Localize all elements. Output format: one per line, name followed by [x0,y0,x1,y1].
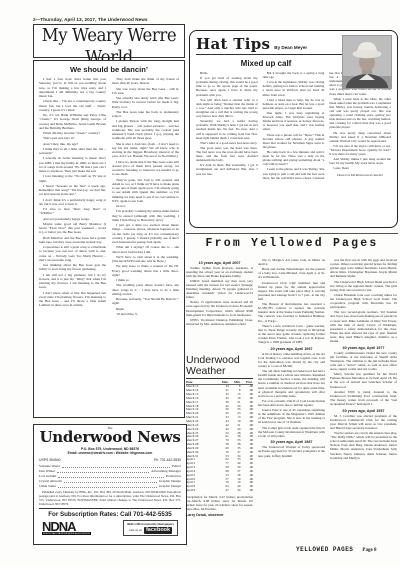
weary-paragraph: Copacabana is still a great song to roll… [39,245,106,262]
yellowed-column-1: 10 years ago, April 2007Toshiro Spiller … [186,258,253,544]
hat-tips-paragraph: Hello, [196,71,258,75]
hat-tips-paragraph: The good news was the head was there. Th… [196,146,258,162]
yellowed-paragraph: Chuck Flessman took over coaching duties… [330,293,397,309]
yellowed-paragraph: A bit of history came tumbling down, as … [258,352,325,368]
yellowed-paragraph: M. J. Lavellen was elected president of … [330,414,397,430]
hat-tips-paragraph: He was pretty dang concerned about Shirl… [329,131,391,143]
yellowed-paragraph: The Underwood Women of Today sponsored a… [258,445,325,457]
weary-paragraph: I actually do better listening to music … [39,156,106,173]
bhg-label: BHG’s ND Community Newspapers [127,522,174,526]
yellowed-paragraph: 60 years ago, April 1957 [330,409,397,413]
weary-paragraph: When did they become “classic” country? [39,131,106,135]
weary-paragraph: I had a four hour drive home this past S… [39,77,106,98]
hat-tips-paragraph: And Shirley thinks I just hang around th… [329,157,391,165]
masthead-box: The Underwood News P.O. Box 575, Underwo… [33,424,187,545]
weary-world-masthead: My Weary Werre World By Suzanne Werre, E… [33,24,185,58]
masthead-name: Underwood News [39,430,181,445]
yellowed-paragraph: The Comet girls track team captured the … [258,426,325,438]
yellowed-paragraph: The two second-grade teachers, Val Seama… [330,310,397,343]
staff-role: Graphic Design [159,484,181,489]
yellowed-paragraph: There’s a new warden in town – game ward… [258,324,325,345]
hat-tips-byline: By Dean Meyer [274,45,307,50]
hat-tips-paragraph: One night, I was busy legislating at Pea… [263,111,325,132]
hat-tips-paragraph: If you get tired of reading about my pro… [196,76,258,97]
weary-paragraph: She was crazy about the Bee Gees – still… [112,87,179,96]
weather-table: DateMax.Min.Prec.March 13348.00March 142… [186,381,253,493]
weather-title: Underwood Weather [186,355,253,379]
dot-leader [57,472,149,473]
weary-paragraph: I heard “Seasons in the Sun” a week ago.… [39,184,106,197]
weary-paragraph: Just thinking about the Bee Gees gets me… [39,263,106,272]
staff-name: Jamie Saller [39,484,56,489]
hat-tips-headline: Mixed up calf [196,59,336,68]
yellowed-paragraph: Toshiro Spiller from Rostock, Germany, i… [186,266,253,278]
dot-leader [58,487,157,488]
subscription-line: For Subscription Rates: Call 701-442-553… [39,508,181,518]
hat-tips-article: Hat Tips By Dean Meyer Mixed up calf Hel… [189,30,398,228]
hat-tips-paragraph: Dean is a Dickinson area rancher [329,173,391,177]
weary-paragraph: I’d love to hear “Run, Joey, Run” or “Wi… [39,207,106,216]
weary-paragraph: Both Manilow and the Bee Gees have gotte… [39,236,106,245]
hat-tips-header: Hat Tips By Dean Meyer [196,35,342,55]
dot-leader [58,477,163,478]
yellowed-column-2: trip to Margie’s Art Glass Cafe in Minot… [258,258,325,544]
weather-cell: 47 [216,489,229,493]
weary-paragraph: ’til next time, S. [112,312,179,316]
weary-paragraph: They both make me think of my friend of … [112,77,179,86]
weary-paragraph: I picture Sharon with her long, straight… [112,119,179,140]
weary-paragraph: The Bee Gees take me back to elementary … [112,110,179,119]
like-us-label: Like us on [129,528,142,532]
weary-paragraph: What am I saying? Of course she is – she… [112,245,179,254]
weather-observer: Larry Dziuk, observer [186,513,253,517]
weary-paragraph: Right. [112,307,179,311]
continued-page-ref: Page 8 [362,548,376,553]
weather-box: Underwood Weather DateMax.Min.Prec.March… [186,355,253,517]
masthead-usps: USPS 454540 [39,458,61,462]
yellowed-paragraph: UHS’s Vocational Desktop Publishing Clas… [186,318,253,326]
continued-slug: YELLOWED PAGES Page 8 [296,546,376,553]
hat-tips-paragraph: He came back in a few minutes and said i… [263,150,325,166]
hat-tips-paragraph: When I went back to the table, the other… [329,97,391,130]
yellowed-paragraph: Brent and Jordan Weisenberger are the pa… [258,267,325,279]
weary-paragraph: I have no doubt that if the Bee Gees wer… [112,160,179,177]
weary-paragraph: They’re gone, but Josh is still around, … [112,178,179,204]
weary-paragraph: I think so. [112,278,179,282]
weary-paragraph: That’s just sad, isn’t it? [39,136,106,140]
weather-summary: Precipitation for March, 0.47 inches; pr… [186,495,253,511]
weary-body: I had a four hour drive home this past S… [39,77,179,412]
hat-tips-paragraph: Later, Dean [329,166,391,170]
weary-paragraph: Also not particularly happy songs. [39,217,106,221]
yellowed-paragraph: trip to Margie’s Art Glass Cafe in Minot… [258,258,325,266]
dot-leader [64,482,157,483]
hat-tips-paragraph: I was in the legislature. Shirley was ca… [263,80,325,96]
yellowed-paragraph: UMDC board members say they were very pl… [186,279,253,300]
columnist-photo [342,35,392,89]
weary-paragraph: She actually saw Andy Gibb (the Bee Gees… [112,96,179,109]
masthead-phone: Ph: 701-442-5530 [154,458,181,462]
yellowed-paragraph: 40 years ago, April 1977 [330,346,397,350]
masthead-address: P.O. Box 575, Underwood, ND 58576 [39,447,181,451]
section-divider [186,233,398,234]
yellowed-paragraph: 10 years ago, April 2007 [186,261,253,265]
weary-paragraph: Or not. [112,204,179,208]
weary-headline: We should be dancin’ [39,65,179,74]
yellowed-paragraph: The Bureau of Reclamation has awarded a … [258,302,325,323]
weather-cell: April 9 [186,489,216,493]
weary-paragraph: I just got a little too excited about mu… [112,223,179,244]
hat-tips-title: Hat Tips [196,35,270,53]
dot-leader [62,467,170,468]
yellowed-paragraph: Jessica Feist is one of 45 candidates re… [258,408,325,424]
weary-paragraph: I don’t think it’s a particularly happy … [39,198,106,207]
weary-paragraph: The wedding party dance doesn’t have any… [112,283,179,296]
page-folio: 2—Thursday, April 13, 2017, The Underwoo… [33,17,148,22]
weary-world-article: We should be dancin’ I had a four hour d… [33,60,185,418]
weary-paragraph: I think they’re all a little older than … [39,147,106,156]
weary-paragraph: I love listening to the ’70s stuff on TV… [39,174,106,183]
yellowed-paragraph: The Underwood High School Band received … [330,280,397,292]
masthead-contact: Email: unnews@westriv.com • Website: bhg… [39,451,181,455]
yellowed-column-3: was the first one in with his eggs and r… [330,258,397,544]
weary-paragraph: We’ll have to visit about it at the wedd… [112,255,179,264]
staff-list: Suzanne Werre Editor Dan Winter Advertis… [39,464,181,489]
yellowed-paragraph: 20 years ago, April 1997 [258,347,325,351]
yellowed-paragraph: 30 years ago, April 1987 [258,440,325,444]
continued-section-name: YELLOWED PAGES [296,546,353,553]
hat-tips-body: Hello,If you get tired of reading about … [196,71,391,223]
yellowed-paragraph: was the first one in with his eggs and r… [330,258,397,279]
yellowed-paragraph: Twelve seniors are cast in the annual cl… [330,431,397,460]
weary-paragraph: She is also a Josh fan. (Josh – I don’t … [112,142,179,159]
weary-paragraph: I am still not a big gardener, but I do … [39,273,106,290]
weary-paragraph: I’m probably counting my airline miles b… [112,209,179,222]
weather-row: April 94734.00 [186,489,253,493]
weary-paragraph: Check that – I’m not a contemporary coun… [39,99,106,112]
hat-tips-paragraph: That’s kind of a good-news bad-news stor… [196,141,258,145]
masthead-legal: Published every Thursday by BHG, Inc., P… [39,491,181,506]
newspaper-page: 2—Thursday, April 13, 2017, The Underwoo… [0,0,400,567]
hat-tips-paragraph: Yesterday we had a heifer having problem… [196,119,258,140]
hat-tips-paragraph: It’s dark in there. But eventually, I go… [196,163,258,175]
weary-paragraph: No, it’s not Hank Williams and Patsy Cli… [39,113,106,130]
weary-paragraph: Maybe some good old Barry Manilow (I hea… [39,222,106,235]
yellowed-paragraph: The old clinic building in Underwood has… [258,369,325,398]
weather-cell: 34 [229,489,241,493]
hat-tips-paragraph: I had a hired man to help, but he was as… [263,98,325,110]
cowboy-hat-portrait-graphic [343,36,391,88]
weather-cell: .00 [240,489,253,493]
hat-tips-paragraph: You will often hear a rancher refer to a… [196,98,258,119]
yellowed-pages-body: 10 years ago, April 2007Toshiro Spiller … [186,258,398,544]
yellowed-paragraph: Nearly 15 applications were received and… [186,300,253,316]
yellowed-paragraph: Another $700 is being donated to the Und… [330,390,397,406]
hat-tips-paragraph: But it brought me back to a spring a lon… [263,71,325,79]
hat-tips-paragraph: I’m not sure if the sign is still there … [329,144,391,156]
staff-row: Jamie Saller Graphic Design [39,484,181,489]
ndna-logo: NDNA NORTH DAKOTA NEWSPAPER ASSOCIATION [42,521,91,536]
weary-paragraph: Because, seriously, “You Should Be Danci… [112,297,179,306]
facebook-logo: facebook [144,527,172,534]
hat-tips-paragraph: There was a phone call for “Dean.” This … [263,133,325,149]
facebook-badge: BHG’s ND Community Newspapers Like us on… [123,520,178,536]
yellowed-paragraph: Marty Schafer has qualified for the Worl… [330,372,397,388]
yellowed-paragraph: County commissioners visited the new cou… [330,351,397,372]
weary-paragraph: I don’t know when or why that happened, … [39,291,106,308]
yellowed-paragraph: Underwood Civic Club members met and fir… [258,281,325,302]
yellowed-pages-title: From Yellowed Pages [186,237,398,250]
weary-paragraph: We may have to make a request of the DJ.… [112,264,179,277]
yellowed-paragraph: For over a month, Unit II of Coal Creek … [258,399,325,407]
weary-paragraph: Aren’t they, like, my age? [39,142,106,146]
